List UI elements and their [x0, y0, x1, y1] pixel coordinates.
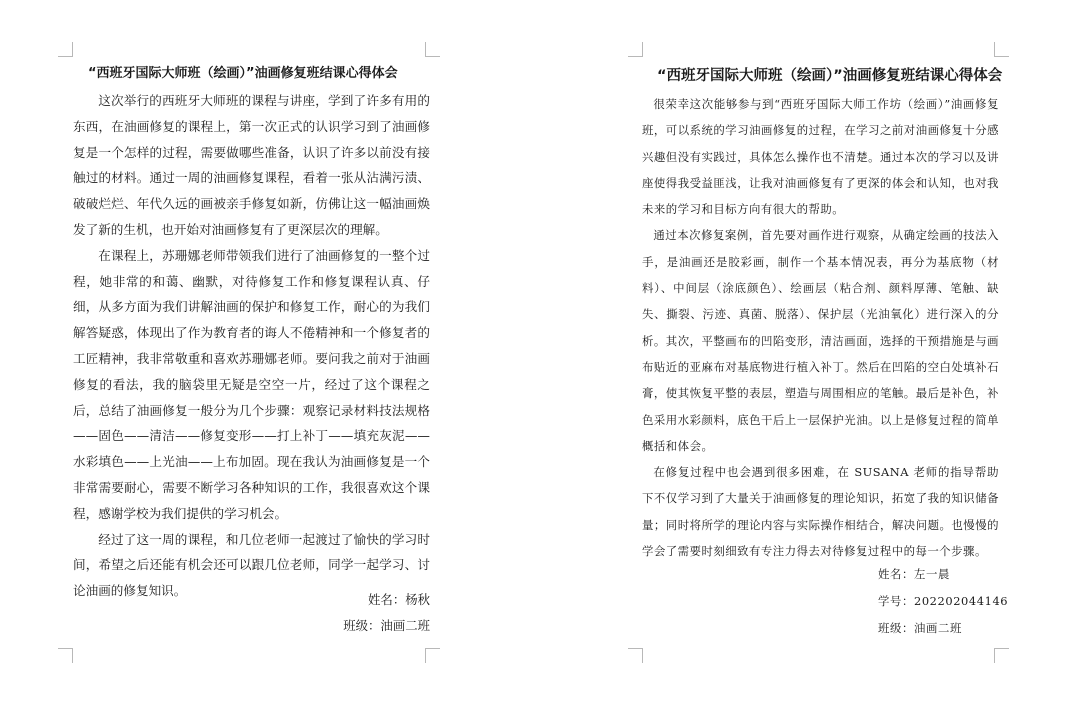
- margin-corner-mark: [994, 42, 1009, 57]
- signature-student-id: 学号：202202044146: [878, 593, 1008, 609]
- document-title: “西班牙国际大师班（绘画）”油画修复班结课心得体会: [657, 64, 1002, 85]
- paragraph: 在课程上，苏珊娜老师带领我们进行了油画修复的一整个过程，她非常的和蔼、幽默，对待…: [73, 243, 430, 527]
- signature-class: 班级：油画二班: [878, 620, 962, 636]
- document-page-left: “西班牙国际大师班（绘画）”油画修复班结课心得体会 这次举行的西班牙大师班的课程…: [0, 0, 540, 702]
- signature-class: 班级：油画二班: [343, 616, 430, 634]
- margin-corner-mark: [425, 648, 440, 663]
- paragraph: 很荣幸这次能够参与到“西班牙国际大师工作坊（绘画）”油画修复班，可以系统的学习油…: [642, 91, 999, 222]
- paragraph: 通过本次修复案例，首先要对画作进行观察，从确定绘画的技法入手，是油画还是胶彩画，…: [642, 222, 999, 459]
- document-body: 这次举行的西班牙大师班的课程与讲座，学到了许多有用的东西，在油画修复的课程上，第…: [73, 88, 430, 604]
- margin-corner-mark: [628, 42, 643, 57]
- margin-corner-mark: [628, 648, 643, 663]
- signature-name: 姓名：杨秋: [368, 590, 430, 608]
- paragraph: 在修复过程中也会遇到很多困难，在 SUSANA 老师的指导帮助下不仅学习到了大量…: [642, 459, 999, 564]
- document-body: 很荣幸这次能够参与到“西班牙国际大师工作坊（绘画）”油画修复班，可以系统的学习油…: [642, 91, 999, 564]
- document-title: “西班牙国际大师班（绘画）”油画修复班结课心得体会: [88, 62, 398, 81]
- document-page-right: “西班牙国际大师班（绘画）”油画修复班结课心得体会 很荣幸这次能够参与到“西班牙…: [540, 0, 1080, 702]
- margin-corner-mark: [425, 42, 440, 57]
- margin-corner-mark: [58, 648, 73, 663]
- paragraph: 这次举行的西班牙大师班的课程与讲座，学到了许多有用的东西，在油画修复的课程上，第…: [73, 88, 430, 243]
- margin-corner-mark: [994, 648, 1009, 663]
- signature-name: 姓名：左一晨: [878, 566, 950, 582]
- margin-corner-mark: [58, 42, 73, 57]
